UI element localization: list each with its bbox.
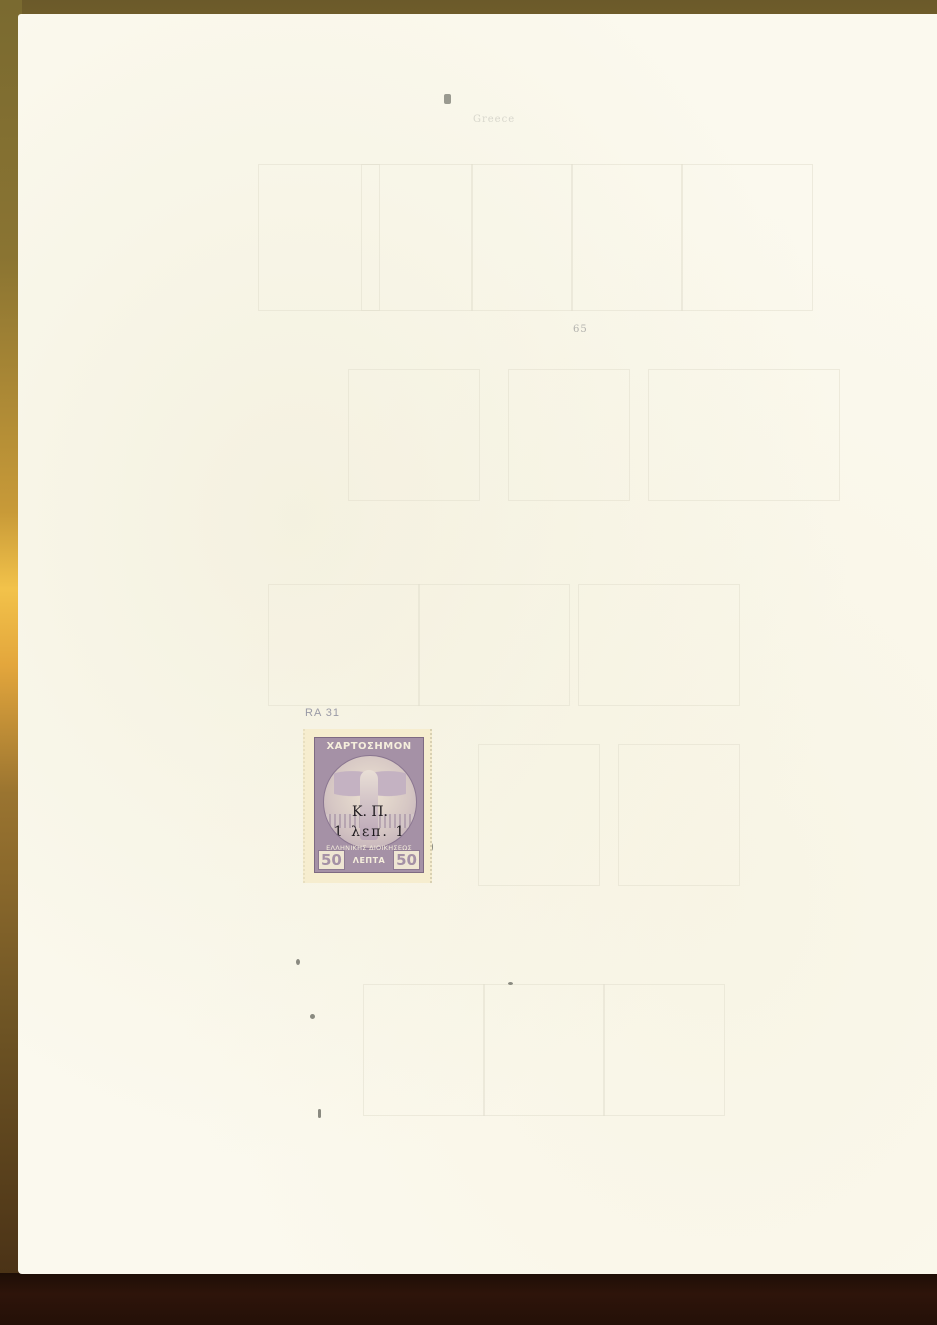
ghost-box bbox=[348, 369, 480, 501]
ghost-box bbox=[418, 584, 570, 706]
ghost-box bbox=[618, 744, 740, 886]
bleed-through-title: Greece bbox=[473, 114, 515, 125]
dust-speck bbox=[508, 982, 513, 985]
dust-speck bbox=[310, 1014, 315, 1019]
album-page: Greece 65 bbox=[18, 14, 937, 1274]
stamp-header: ΧΑΡΤΟΣΗΜΟΝ bbox=[315, 739, 423, 754]
value-word: ΛΕΠΤΑ bbox=[353, 856, 386, 865]
ghost-box bbox=[508, 369, 630, 501]
ghost-box bbox=[681, 164, 813, 311]
ghost-box bbox=[268, 584, 420, 706]
ghost-box bbox=[603, 984, 725, 1116]
pencil-mark: 65 bbox=[573, 324, 588, 335]
ghost-box bbox=[471, 164, 573, 311]
value-right: 50 bbox=[393, 850, 420, 870]
dust-speck bbox=[318, 1109, 321, 1118]
overprint-line-1: Κ. Π. bbox=[324, 804, 416, 820]
stamp-frame: ΧΑΡΤΟΣΗΜΟΝ Κ. Π. 1 λεπ. 1 ΕΛΛΗΝΙΚΗΣ ΔΙΟΙ… bbox=[314, 737, 424, 873]
postage-stamp: ΧΑΡΤΟΣΗΜΟΝ Κ. Π. 1 λεπ. 1 ΕΛΛΗΝΙΚΗΣ ΔΙΟΙ… bbox=[303, 729, 432, 883]
dust-speck bbox=[444, 94, 451, 104]
overprint-line-2: 1 λεπ. 1 bbox=[324, 824, 416, 840]
ghost-box bbox=[648, 369, 840, 501]
ghost-box bbox=[571, 164, 683, 311]
ghost-box bbox=[578, 584, 740, 706]
value-left: 50 bbox=[318, 850, 345, 870]
dust-speck bbox=[296, 959, 300, 965]
scanner-bottom-strip bbox=[0, 1273, 937, 1325]
catalog-number-label: RA 31 bbox=[305, 707, 340, 719]
stamp-vignette: Κ. Π. 1 λεπ. 1 bbox=[323, 755, 417, 849]
ghost-box bbox=[483, 984, 605, 1116]
ghost-box bbox=[361, 164, 473, 311]
ghost-box bbox=[478, 744, 600, 886]
ghost-box bbox=[363, 984, 485, 1116]
stamp-value-row: 50 ΛΕΠΤΑ 50 bbox=[318, 850, 420, 870]
